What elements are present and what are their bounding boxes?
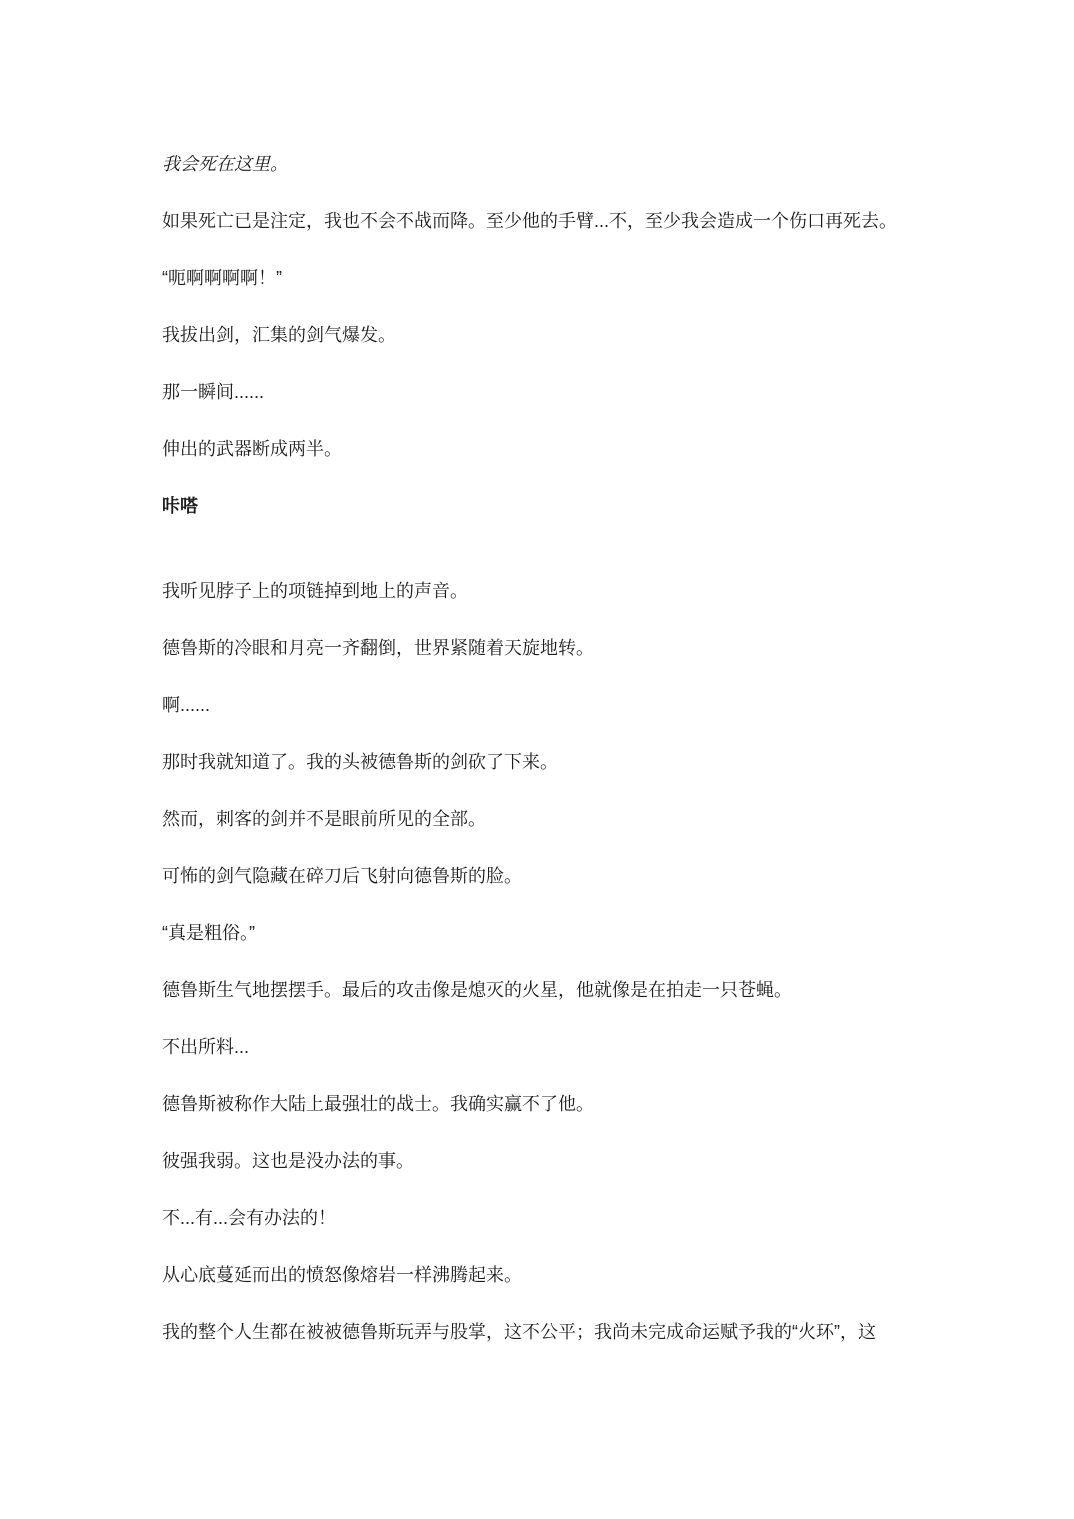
paragraph: 我的整个人生都在被被德鲁斯玩弄与股掌，这不公平；我尚未完成命运赋予我的“火环”，… (162, 1318, 924, 1346)
paragraph: 可怖的剑气隐藏在碎刀后飞射向德鲁斯的脸。 (162, 862, 924, 890)
paragraph: 德鲁斯被称作大陆上最强壮的战士。我确实赢不了他。 (162, 1090, 924, 1118)
paragraph: 啊...... (162, 691, 924, 719)
paragraph: 彼强我弱。这也是没办法的事。 (162, 1147, 924, 1175)
paragraph: 伸出的武器断成两半。 (162, 435, 924, 463)
document-page: 我会死在这里。 如果死亡已是注定，我也不会不战而降。至少他的手臂...不，至少我… (0, 0, 1074, 1519)
paragraph: 不出所料... (162, 1033, 924, 1061)
paragraph: 那时我就知道了。我的头被德鲁斯的剑砍了下来。 (162, 748, 924, 776)
paragraph: 德鲁斯的冷眼和月亮一齐翻倒，世界紧随着天旋地转。 (162, 634, 924, 662)
paragraph: 我听见脖子上的项链掉到地上的声音。 (162, 577, 924, 605)
paragraph: 我拔出剑，汇集的剑气爆发。 (162, 321, 924, 349)
paragraph-dialogue: “真是粗俗。” (162, 919, 924, 947)
paragraph: 从心底蔓延而出的愤怒像熔岩一样沸腾起来。 (162, 1261, 924, 1289)
novel-text-content: 我会死在这里。 如果死亡已是注定，我也不会不战而降。至少他的手臂...不，至少我… (162, 150, 924, 1346)
paragraph: 德鲁斯生气地摆摆手。最后的攻击像是熄灭的火星，他就像是在拍走一只苍蝇。 (162, 976, 924, 1004)
paragraph-dialogue: “呃啊啊啊啊！” (162, 264, 924, 292)
paragraph: 如果死亡已是注定，我也不会不战而降。至少他的手臂...不，至少我会造成一个伤口再… (162, 207, 924, 235)
paragraph: 不...有...会有办法的！ (162, 1204, 924, 1232)
paragraph: 然而，刺客的剑并不是眼前所见的全部。 (162, 805, 924, 833)
sound-effect-heading: 咔嗒 (162, 492, 924, 520)
paragraph-inner-monologue: 我会死在这里。 (162, 150, 924, 178)
paragraph: 那一瞬间...... (162, 378, 924, 406)
